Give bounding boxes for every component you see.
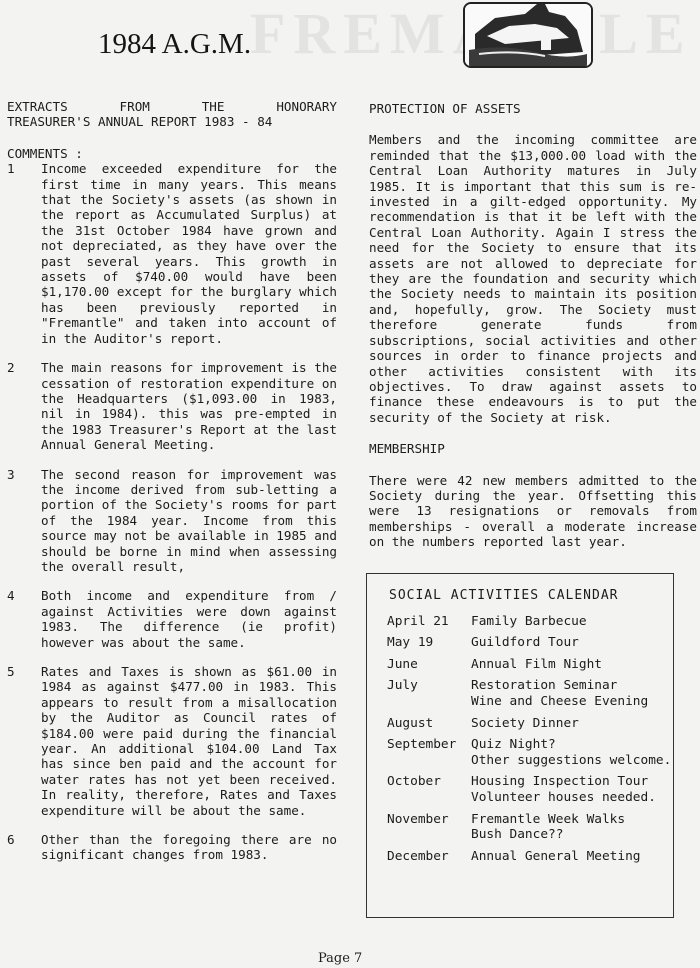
membership-heading: MEMBERSHIP <box>369 441 697 456</box>
comment-text: The second reason for improvement was th… <box>41 467 337 575</box>
calendar-event: Housing Inspection Tour <box>471 774 656 790</box>
comment-number: 6 <box>7 832 41 863</box>
comments-list: 1Income exceeded expenditure for the fir… <box>7 161 337 863</box>
comment-item: 6Other than the foregoing there are no s… <box>7 832 337 863</box>
calendar-month: November <box>387 812 471 843</box>
calendar-month: December <box>387 849 471 865</box>
calendar-event: Annual Film Night <box>471 657 602 673</box>
right-column: PROTECTION OF ASSETS Members and the inc… <box>369 101 697 566</box>
calendar-events: Restoration SeminarWine and Cheese Eveni… <box>471 678 648 709</box>
comment-text: Rates and Taxes is shown as $61.00 in 19… <box>41 664 337 818</box>
calendar-event: Guildford Tour <box>471 635 579 651</box>
comment-number: 4 <box>7 588 41 650</box>
calendar-event: Bush Dance?? <box>471 827 625 843</box>
treasurer-report-column: EXTRACTS FROM THE HONORARY TREASURER'S A… <box>7 99 337 877</box>
calendar-event: Restoration Seminar <box>471 678 648 694</box>
comment-item: 2The main reasons for improvement is the… <box>7 360 337 452</box>
calendar-events: Annual General Meeting <box>471 849 641 865</box>
calendar-event: Society Dinner <box>471 716 579 732</box>
calendar-title: SOCIAL ACTIVITIES CALENDAR <box>389 588 673 604</box>
calendar-entry: SeptemberQuiz Night?Other suggestions we… <box>387 737 673 768</box>
calendar-events: Annual Film Night <box>471 657 602 673</box>
comment-number: 2 <box>7 360 41 452</box>
calendar-entry: AugustSociety Dinner <box>387 716 673 732</box>
calendar-event: Annual General Meeting <box>471 849 641 865</box>
calendar-month: August <box>387 716 471 732</box>
calendar-month: May 19 <box>387 635 471 651</box>
comment-number: 1 <box>7 161 41 346</box>
protection-heading: PROTECTION OF ASSETS <box>369 101 697 116</box>
calendar-entry: NovemberFremantle Week WalksBush Dance?? <box>387 812 673 843</box>
calendar-entry: OctoberHousing Inspection TourVolunteer … <box>387 774 673 805</box>
social-activities-calendar: SOCIAL ACTIVITIES CALENDAR April 21Famil… <box>366 573 674 918</box>
calendar-month: June <box>387 657 471 673</box>
comment-item: 1Income exceeded expenditure for the fir… <box>7 161 337 346</box>
comment-text: Both income and expenditure from / again… <box>41 588 337 650</box>
calendar-month: September <box>387 737 471 768</box>
comment-item: 5Rates and Taxes is shown as $61.00 in 1… <box>7 664 337 818</box>
comment-item: 3The second reason for improvement was t… <box>7 467 337 575</box>
protection-paragraph: Members and the incoming committee are r… <box>369 132 697 425</box>
calendar-entry: JuneAnnual Film Night <box>387 657 673 673</box>
calendar-event: Wine and Cheese Evening <box>471 694 648 710</box>
calendar-events: Family Barbecue <box>471 614 587 630</box>
calendar-event: Family Barbecue <box>471 614 587 630</box>
comment-text: The main reasons for improvement is the … <box>41 360 337 452</box>
page-title: 1984 A.G.M. <box>98 28 251 61</box>
calendar-event: Other suggestions welcome. <box>471 753 671 769</box>
calendar-month: April 21 <box>387 614 471 630</box>
calendar-month: October <box>387 774 471 805</box>
calendar-events: Guildford Tour <box>471 635 579 651</box>
comment-number: 3 <box>7 467 41 575</box>
membership-paragraph: There were 42 new members admitted to th… <box>369 473 697 550</box>
comments-label: COMMENTS : <box>7 146 337 161</box>
page-number: Page 7 <box>318 951 362 966</box>
report-heading-line2: TREASURER'S ANNUAL REPORT 1983 - 84 <box>7 114 337 129</box>
calendar-rows: April 21Family BarbecueMay 19Guildford T… <box>367 614 673 865</box>
comment-item: 4Both income and expenditure from / agai… <box>7 588 337 650</box>
comment-text: Other than the foregoing there are no si… <box>41 832 337 863</box>
calendar-entry: JulyRestoration SeminarWine and Cheese E… <box>387 678 673 709</box>
comment-text: Income exceeded expenditure for the firs… <box>41 161 337 346</box>
calendar-events: Society Dinner <box>471 716 579 732</box>
report-heading-line1: EXTRACTS FROM THE HONORARY <box>7 99 337 114</box>
comment-number: 5 <box>7 664 41 818</box>
calendar-events: Quiz Night?Other suggestions welcome. <box>471 737 671 768</box>
calendar-entry: May 19Guildford Tour <box>387 635 673 651</box>
calendar-entry: DecemberAnnual General Meeting <box>387 849 673 865</box>
calendar-entry: April 21Family Barbecue <box>387 614 673 630</box>
calendar-events: Housing Inspection TourVolunteer houses … <box>471 774 656 805</box>
calendar-month: July <box>387 678 471 709</box>
building-illustration-icon <box>463 2 593 68</box>
calendar-event: Fremantle Week Walks <box>471 812 625 828</box>
calendar-event: Quiz Night? <box>471 737 671 753</box>
calendar-events: Fremantle Week WalksBush Dance?? <box>471 812 625 843</box>
calendar-event: Volunteer houses needed. <box>471 790 656 806</box>
